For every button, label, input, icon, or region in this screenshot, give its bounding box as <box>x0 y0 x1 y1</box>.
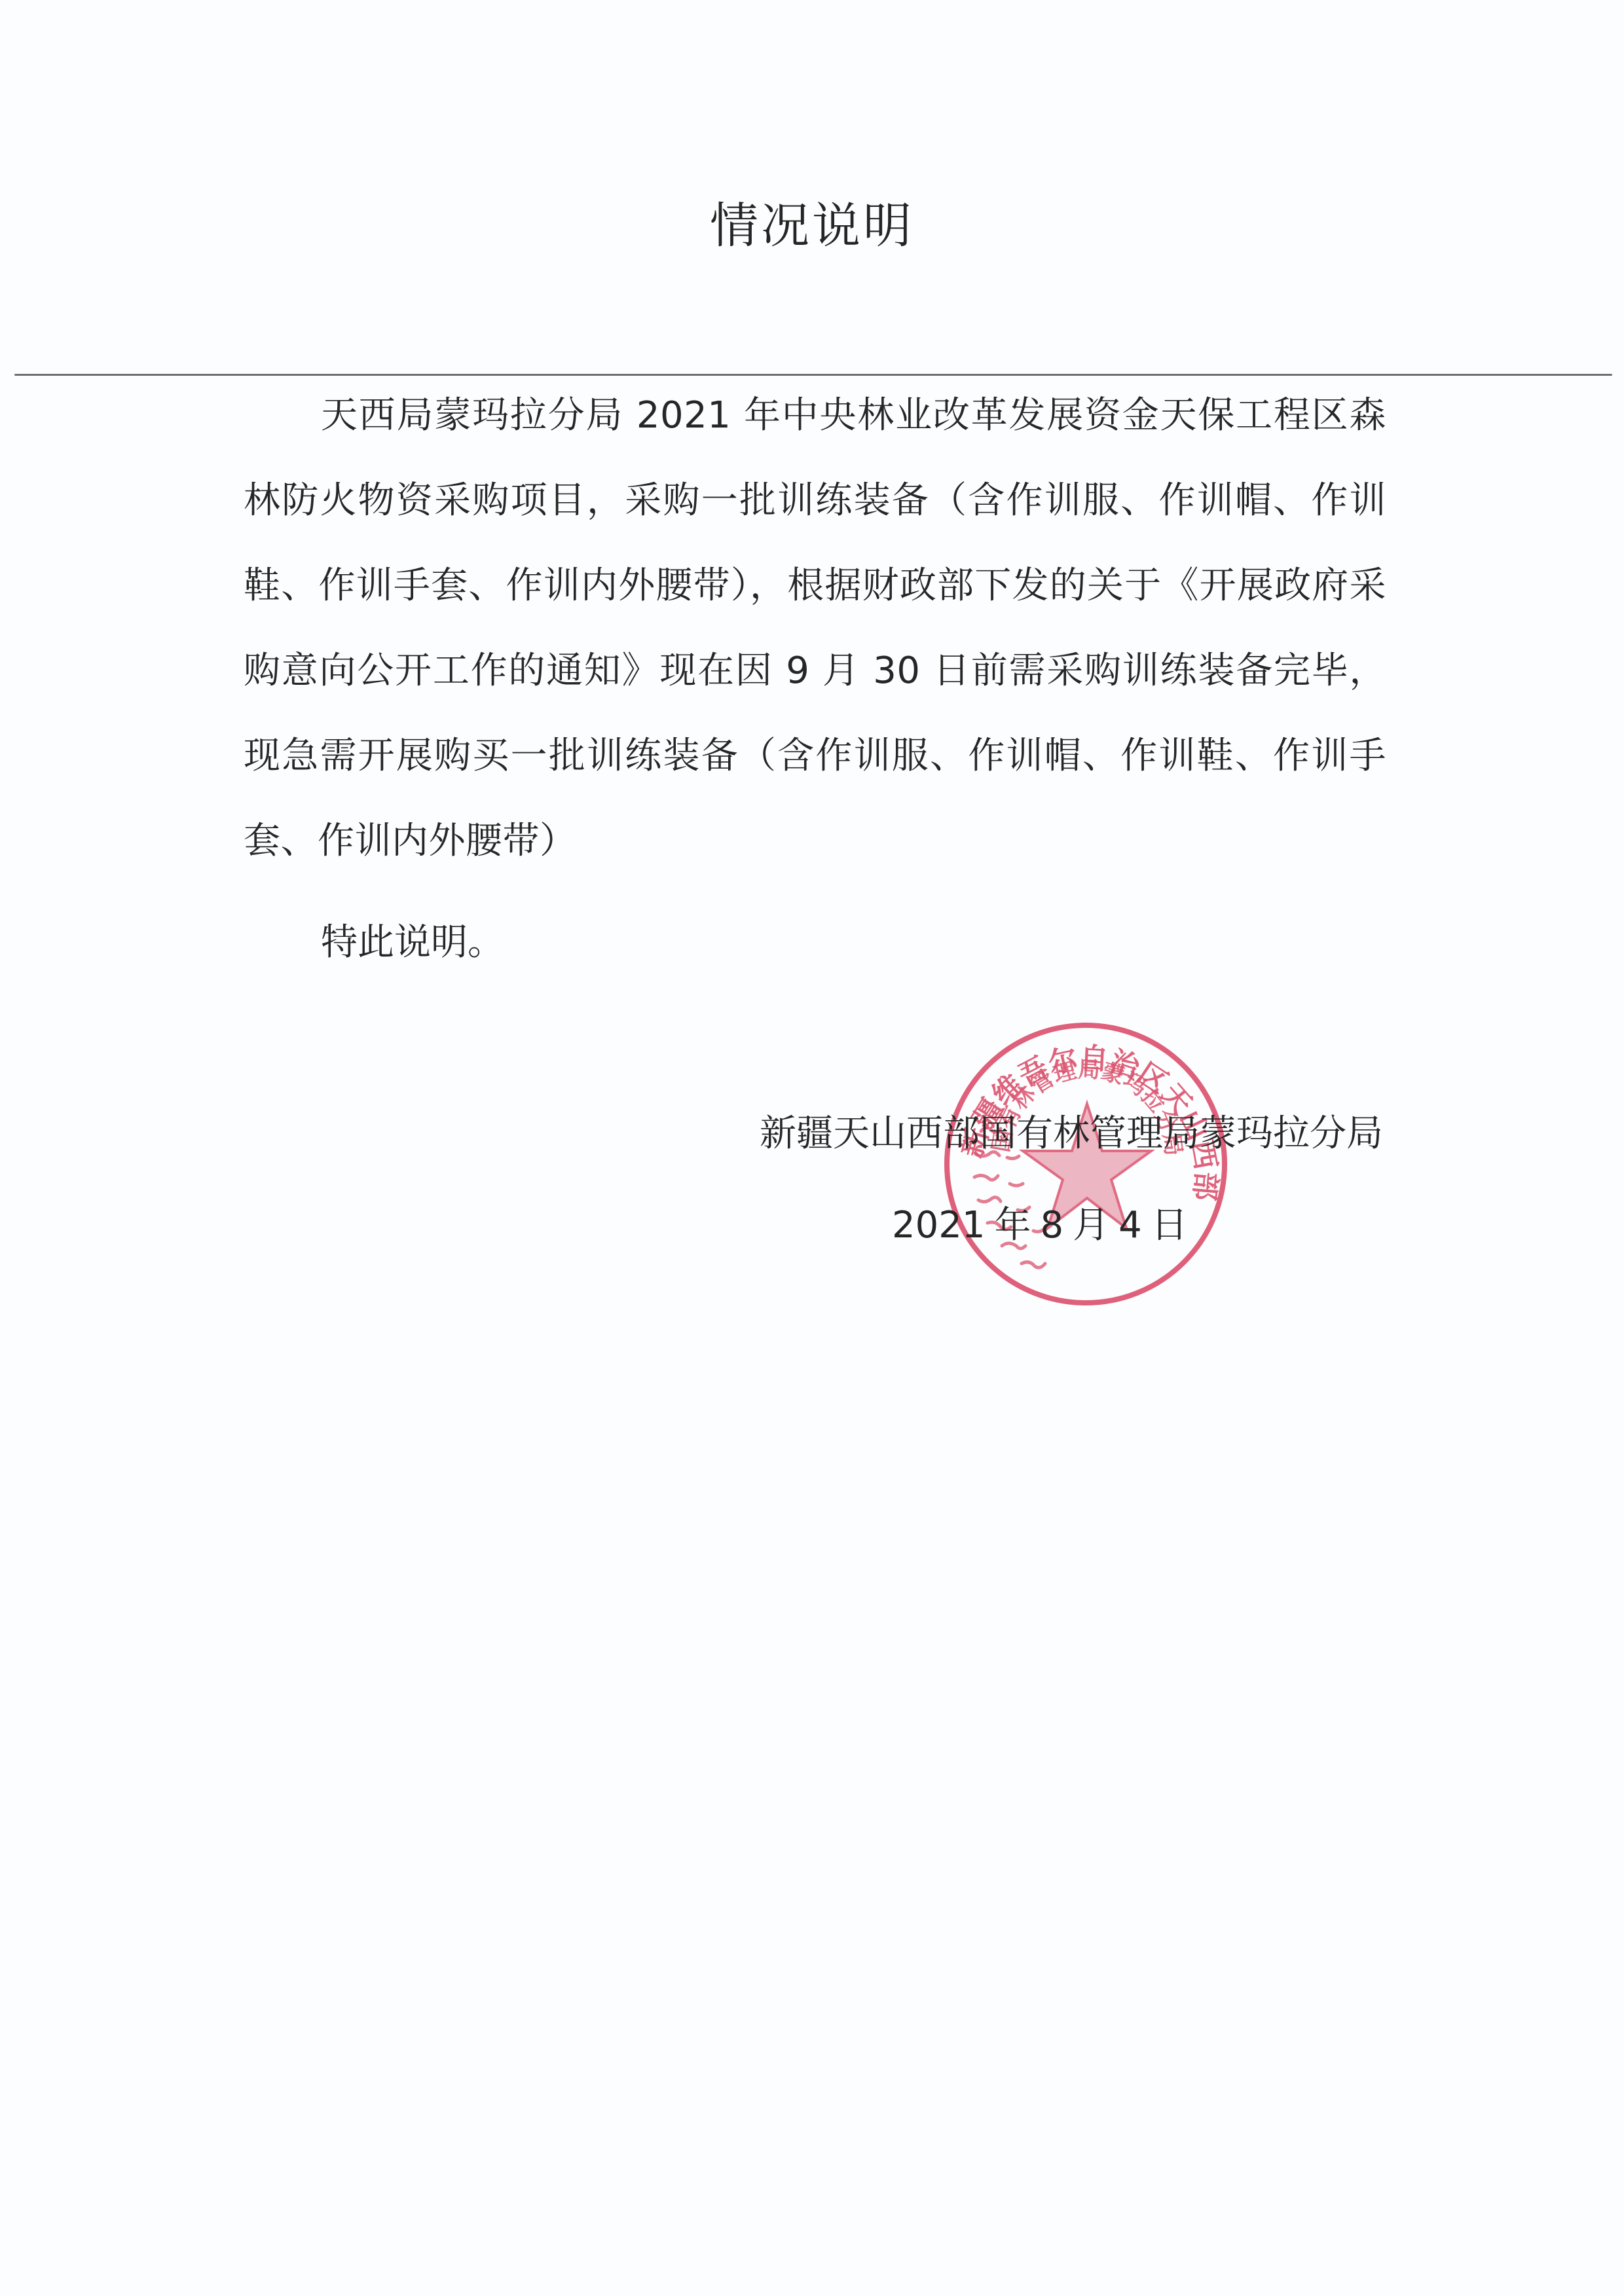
date-month-label: 月 <box>1073 1204 1109 1247</box>
closing-statement: 特此说明。 <box>321 917 504 969</box>
official-seal: 新疆维吾尔自治区天山西部 国有林管理局蒙玛拉分局 <box>942 1020 1230 1308</box>
document-date: 2021年8月4日 <box>892 1199 1197 1252</box>
document-title: 情况说明 <box>0 196 1624 255</box>
date-year-label: 年 <box>995 1204 1031 1247</box>
document-page: 情况说明 天西局蒙玛拉分局 2021 年中央林业改革发展资金天保工程区森林防火物… <box>0 0 1624 2296</box>
date-month: 8 <box>1041 1204 1064 1247</box>
body-paragraph: 天西局蒙玛拉分局 2021 年中央林业改革发展资金天保工程区森林防火物资采购项目… <box>244 373 1386 884</box>
date-year: 2021 <box>892 1204 986 1247</box>
issuer-signature: 新疆天山西部国有林管理局蒙玛拉分局 <box>760 1108 1383 1160</box>
date-day-label: 日 <box>1151 1204 1188 1247</box>
date-day: 4 <box>1118 1204 1142 1247</box>
